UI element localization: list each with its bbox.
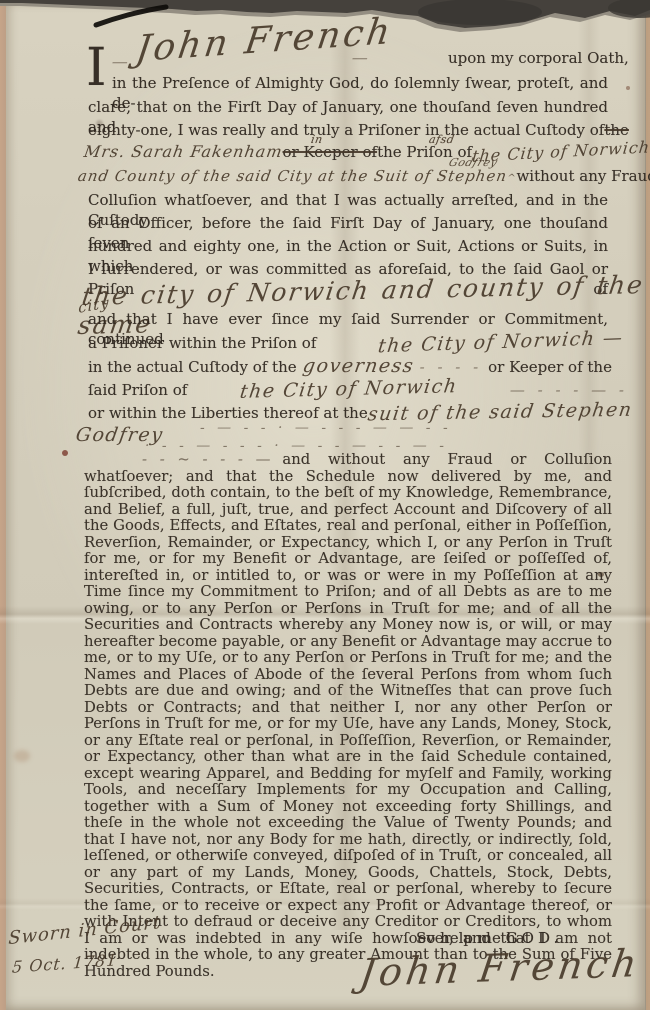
printed-text: eighty-one, I was really and truly a Pri…: [88, 120, 604, 140]
insertion-caret: ^: [505, 169, 518, 189]
foxing-spot: [62, 450, 68, 456]
mixed-line-keeper: Mrs. Sarah Fakenham or Keeper of in the …: [84, 142, 632, 162]
document-photo: — John French — upon my corporal Oath, I…: [0, 0, 650, 1010]
printed-oath-tail: upon my corporal Oath,: [448, 48, 629, 68]
struck-text: or Keeper of: [283, 143, 378, 161]
interlinear-insert-godfrey: Godfrey: [446, 153, 501, 173]
handwritten-city-norwich: the City of Norwich —: [377, 328, 625, 357]
printed-text: in the actual Cuſtody of the: [88, 357, 297, 377]
struck-printed-phrase: or Keeper of in: [283, 142, 378, 162]
mixed-line-prison: a Priſoner within the Priſon of the City…: [88, 332, 624, 353]
printed-text: So help me: [416, 929, 501, 947]
printed-text: ſaid Priſon of: [88, 380, 187, 400]
interlinear-insert-aforesaid: afsd: [428, 130, 457, 150]
lead-hand-dashes: - - ~ - - - —: [142, 452, 274, 469]
body-text: and without any Fraud or Colluſion whatſ…: [84, 451, 612, 980]
foxing-spot: [626, 86, 630, 90]
dropcap-initial: I: [86, 42, 107, 94]
printed-text: without any Fraud or: [516, 166, 650, 186]
hand-dash-row: - — - - · — - - - — — - -: [200, 420, 630, 436]
printed-text: or Keeper of the: [488, 357, 612, 377]
mixed-line-said-prison: ſaid Priſon of the City of Norwich — - -…: [88, 379, 628, 400]
struck-word: the: [604, 120, 629, 140]
handwritten-city-norwich: the City of Norwich: [239, 376, 459, 402]
hand-dash: —: [350, 48, 373, 67]
hand-dash: —: [110, 52, 133, 71]
hand-dash-filler: — - - - — -: [510, 380, 628, 400]
mixed-line-custody: in the actual Cuſtody of the governess -…: [88, 356, 612, 377]
printed-line-with-strike: eighty-one, I was really and truly a Pri…: [88, 120, 620, 140]
handwritten-governess: governess: [301, 356, 415, 376]
handwritten-text: and County of the said City at the Suit …: [77, 167, 509, 185]
hand-dash-filler: - - - -: [420, 357, 483, 377]
printed-text: a Priſoner within the Priſon of: [88, 333, 316, 353]
handwritten-keeper-name: Mrs. Sarah Fakenham: [82, 142, 284, 162]
stain-smudge: [14, 750, 30, 762]
body-paragraph: - - ~ - - - —and without any Fraud or Co…: [84, 452, 612, 980]
mixed-line-county-suit: and County of the said City at the Suit …: [78, 166, 618, 189]
handwritten-county-suit: and County of the said City at the Suit …: [76, 166, 508, 186]
